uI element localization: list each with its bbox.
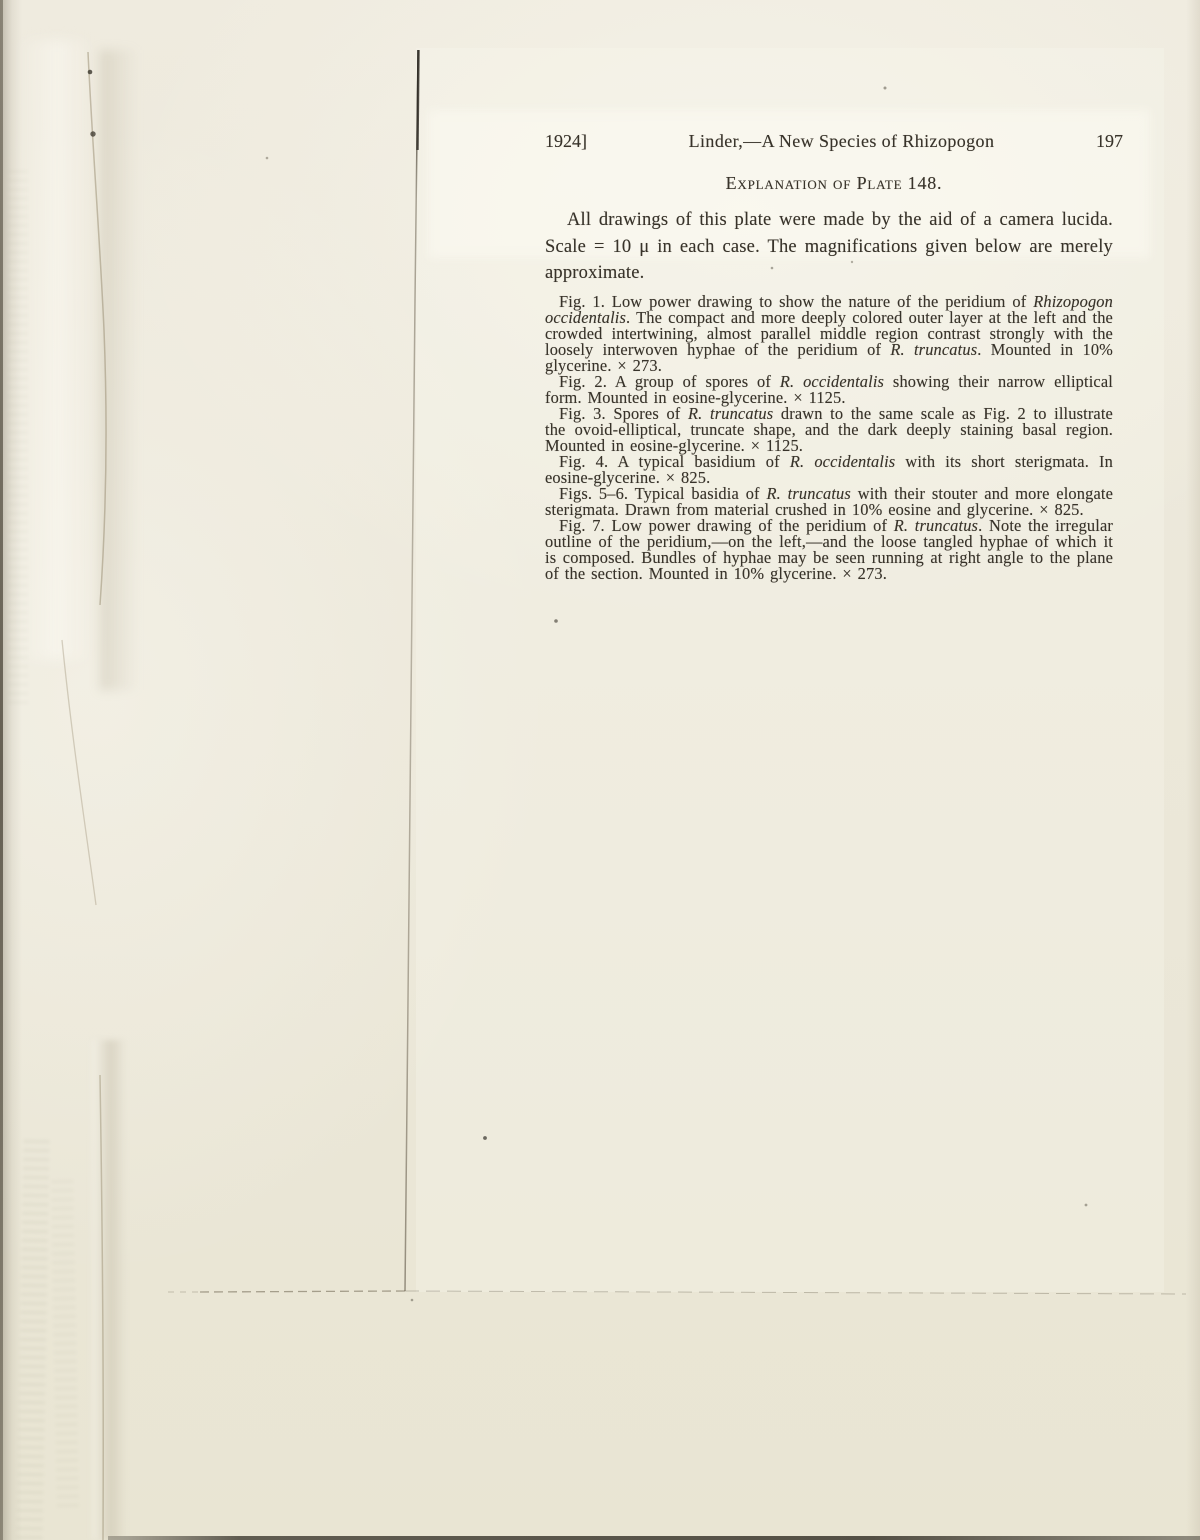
scan-bottom-edge	[108, 1536, 1200, 1540]
scan-left-edge	[0, 0, 3, 1540]
show-through-text-smudge	[51, 1180, 79, 1510]
page-crease-middle	[62, 640, 96, 905]
ink-speck	[411, 1299, 414, 1302]
section-title: Explanation of Plate 148.	[545, 173, 1123, 194]
header-page-number: 197	[1096, 131, 1123, 152]
intro-paragraph: All drawings of this plate were made by …	[545, 207, 1113, 287]
ink-speck	[266, 157, 269, 160]
slip-horizontal-edge-left	[200, 1291, 405, 1292]
page-curl-shadow	[100, 50, 142, 690]
text-block: 1924] Linder,—A New Species of Rhizopogo…	[545, 131, 1123, 582]
figure-4-description: Fig. 4. A typical basidium of R. occiden…	[545, 454, 1113, 486]
figure-5-6-description: Figs. 5–6. Typical basidia of R. truncat…	[545, 486, 1113, 518]
scan-right-edge-shade	[1186, 0, 1200, 1540]
page-curl-lower-shadow	[92, 1040, 126, 1540]
page-header: 1924] Linder,—A New Species of Rhizopogo…	[545, 131, 1123, 152]
figure-1-description: Fig. 1. Low power drawing to show the na…	[545, 294, 1113, 374]
binding-gutter-shadow	[0, 0, 22, 1540]
header-running-title: Linder,—A New Species of Rhizopogon	[689, 131, 995, 152]
figure-3-description: Fig. 3. Spores of R. truncatus drawn to …	[545, 406, 1113, 454]
scanned-journal-page: 1924] Linder,—A New Species of Rhizopogo…	[0, 0, 1200, 1540]
header-year: 1924]	[545, 131, 587, 152]
figure-2-description: Fig. 2. A group of spores of R. occident…	[545, 374, 1113, 406]
figure-7-description: Fig. 7. Low power drawing of the peridiu…	[545, 518, 1113, 582]
